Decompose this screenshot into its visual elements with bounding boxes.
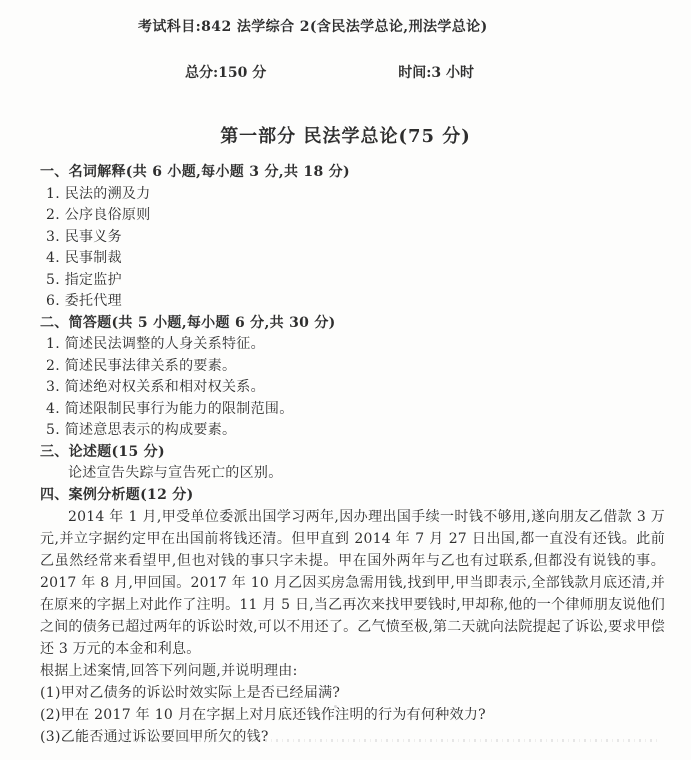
glossary-item-2: 2. 公序良俗原则	[40, 205, 663, 227]
short-answer-item-4: 4. 简述限制民事行为能力的限制范围。	[40, 399, 663, 421]
section-3-heading: 三、论述题(15 分)	[40, 442, 663, 464]
essay-question-text: 论述宣告失踪与宣告死亡的区别。	[40, 463, 663, 485]
case-question-2: (2)甲在 2017 年 10 月在字据上对月底还钱作注明的行为有何种效力?	[40, 704, 663, 726]
section-4-heading: 四、案例分析题(12 分)	[40, 485, 663, 507]
glossary-item-3: 3. 民事义务	[40, 227, 663, 249]
short-answer-item-5: 5. 简述意思表示的构成要素。	[40, 420, 663, 442]
exam-content: 一、名词解释(共 6 小题,每小题 3 分,共 18 分) 1. 民法的溯及力 …	[40, 162, 663, 748]
score-time-row: 总分:150 分 时间:3 小时	[185, 62, 691, 82]
short-answer-item-1: 1. 简述民法调整的人身关系特征。	[40, 334, 663, 356]
scan-artifact-noise-strip	[100, 739, 660, 742]
scan-artifact-speck	[334, 705, 337, 708]
case-text: 2014 年 1 月,甲受单位委派出国学习两年,因办理出国手续一时钱不够用,遂向…	[40, 506, 665, 660]
short-answer-item-3: 3. 简述绝对权关系和相对权关系。	[40, 377, 663, 399]
section-2-heading: 二、简答题(共 5 小题,每小题 6 分,共 30 分)	[40, 313, 663, 335]
exam-subject-line: 考试科目:842 法学综合 2(含民法学总论,刑法学总论)	[138, 16, 691, 36]
exam-duration: 时间:3 小时	[398, 62, 474, 82]
total-score: 总分:150 分	[185, 62, 266, 82]
exam-paper-page: 考试科目:842 法学综合 2(含民法学总论,刑法学总论) 总分:150 分 时…	[0, 0, 691, 760]
glossary-item-5: 5. 指定监护	[40, 270, 663, 292]
case-prompt: 根据上述案情,回答下列问题,并说明理由:	[40, 660, 663, 682]
glossary-item-1: 1. 民法的溯及力	[40, 184, 663, 206]
glossary-item-4: 4. 民事制裁	[40, 248, 663, 270]
glossary-item-6: 6. 委托代理	[40, 291, 663, 313]
case-question-3: (3)乙能否通过诉讼要回甲所欠的钱?	[40, 726, 663, 748]
part-title: 第一部分 民法学总论(75 分)	[0, 122, 691, 148]
section-1-heading: 一、名词解释(共 6 小题,每小题 3 分,共 18 分)	[40, 162, 663, 184]
short-answer-item-2: 2. 简述民事法律关系的要素。	[40, 356, 663, 378]
case-question-1: (1)甲对乙债务的诉讼时效实际上是否已经届满?	[40, 682, 663, 704]
